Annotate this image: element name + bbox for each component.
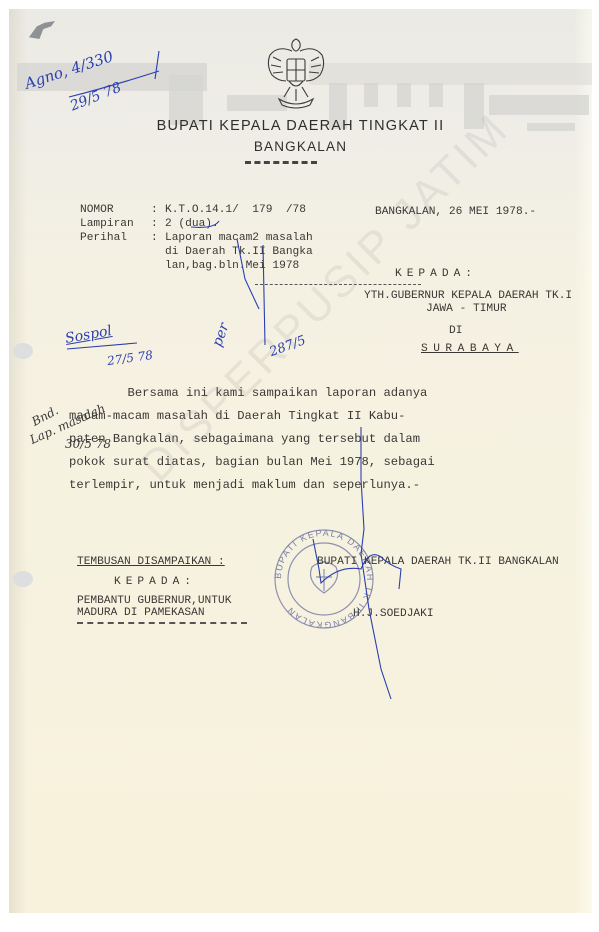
recipient-city: SURABAYA bbox=[421, 342, 519, 356]
punch-hole bbox=[13, 343, 33, 359]
document-page: BUPATI KEPALA DAERAH TINGKAT II BANGKALA… bbox=[9, 9, 592, 913]
meta-row-perihal: Perihal : Laporan macam2 masalah bbox=[80, 231, 313, 245]
perihal-continuation: di Daerah Tk.II Bangka bbox=[165, 245, 313, 259]
body-line: Bersama ini kami sampaikan laporan adany… bbox=[69, 382, 589, 405]
body-line: macam-macam masalah di Daerah Tingkat II… bbox=[69, 405, 589, 428]
letter-metadata: NOMOR : K.T.O.14.1/ 179 /78 Lampiran : 2… bbox=[80, 203, 313, 273]
recipient-line-1: YTH.GUBERNUR KEPALA DAERAH TK.I bbox=[364, 289, 572, 303]
tembusan-kepada: KEPADA: bbox=[114, 575, 196, 589]
handwritten-note: 30/5 78 bbox=[65, 437, 111, 451]
signatory-name: H.J.SOEDJAKI bbox=[353, 607, 434, 621]
tembusan-title: TEMBUSAN DISAMPAIKAN : bbox=[77, 555, 225, 569]
torn-corner bbox=[29, 21, 55, 39]
perihal-continuation: lan,bag.bln.Mei 1978 bbox=[165, 259, 299, 273]
meta-row-lampiran: Lampiran : 2 (dua). bbox=[80, 217, 313, 231]
signature-title: BUPATI KEPALA DAERAH TK.II BANGKALAN bbox=[317, 555, 559, 569]
handwritten-note: Sospol bbox=[64, 323, 113, 347]
recipient-di: DI bbox=[449, 324, 462, 338]
tembusan-rule bbox=[77, 622, 247, 624]
punch-hole bbox=[13, 571, 33, 587]
tembusan-line-2: MADURA DI PAMEKASAN bbox=[77, 606, 205, 620]
handwritten-note: 27/5 78 bbox=[106, 348, 154, 368]
recipient-line-2: JAWA - TIMUR bbox=[426, 302, 507, 316]
letterhead-rule bbox=[245, 161, 317, 164]
garuda-emblem-icon bbox=[263, 33, 329, 115]
recipient-kepada: KEPADA: bbox=[395, 267, 477, 281]
handwritten-note: per bbox=[209, 321, 232, 349]
meta-row-nomor: NOMOR : K.T.O.14.1/ 179 /78 bbox=[80, 203, 313, 217]
body-line: terlempir, untuk menjadi maklum dan sepe… bbox=[69, 474, 589, 497]
